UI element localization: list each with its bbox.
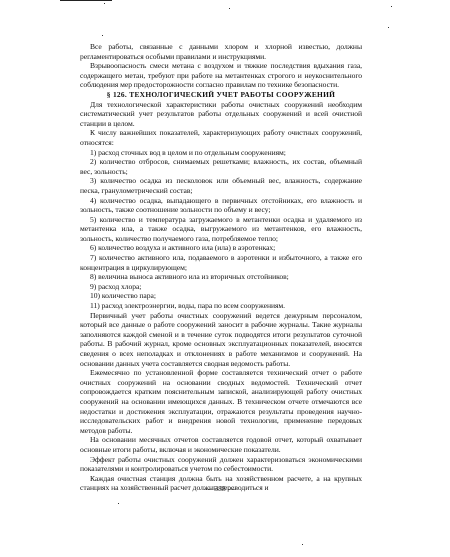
list-item: 10) количество пара; [80, 291, 362, 301]
list-item: 2) количество отбросов, снимаемых решетк… [80, 157, 362, 176]
scan-speck [229, 8, 230, 9]
paragraph: Эффект работы очистных сооружений должен… [80, 455, 362, 474]
paragraph: Ежемесячно по установленной форме состав… [80, 368, 362, 435]
page-number: — 388 — [190, 484, 250, 493]
scan-speck [102, 35, 103, 36]
paragraph: К числу важнейших показателей, характери… [80, 128, 362, 147]
list-item: 4) количество осадка, выпадающего в перв… [80, 196, 362, 215]
paragraph: На основании месячных отчетов составляет… [80, 435, 362, 454]
paragraph: Взрывоопасность смеси метана с воздухом … [80, 61, 362, 90]
scan-edge-line [60, 0, 112, 1]
list-item: 5) количество и температура загружаемого… [80, 215, 362, 244]
scan-speck [104, 3, 105, 4]
indicator-list: 1) расход сточных вод в целом и по отдел… [80, 148, 362, 311]
list-item: 3) количество осадка из песколовок или о… [80, 176, 362, 195]
list-item: 8) величина выноса активного ила из втор… [80, 272, 362, 282]
paragraph: Для технологической характеристики работ… [80, 100, 362, 129]
paragraph: Все работы, связанные с данными хлором и… [80, 42, 362, 61]
scan-speck [388, 27, 389, 28]
list-item: 9) расход хлора; [80, 282, 362, 292]
list-item: 7) количество активного ила, подаваемого… [80, 253, 362, 272]
list-item: 11) расход электроэнергии, воды, пара по… [80, 301, 362, 311]
scan-speck [391, 6, 392, 7]
scan-speck [302, 544, 303, 545]
section-heading: § 126. ТЕХНОЛОГИЧЕСКИЙ УЧЕТ РАБОТЫ СООРУ… [80, 90, 362, 100]
document-page: Все работы, связанные с данными хлором и… [80, 42, 362, 493]
list-item: 1) расход сточных вод в целом и по отдел… [80, 148, 362, 158]
paragraph: Первичный учет работы очистных сооружени… [80, 311, 362, 369]
scan-speck [118, 503, 119, 504]
list-item: 6) количество воздуха и активного ила (и… [80, 243, 362, 253]
